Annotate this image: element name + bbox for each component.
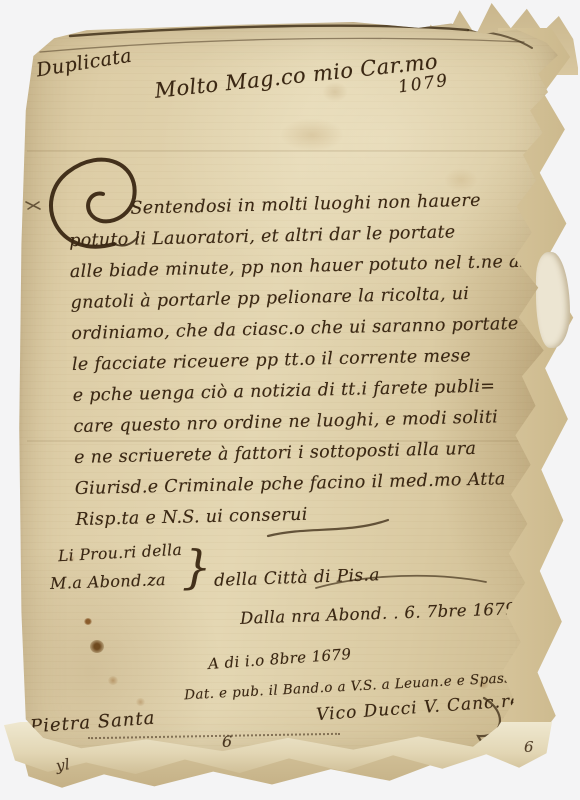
top-edge-line — [70, 26, 468, 36]
sender-city-line: della Città di Pis.a — [214, 565, 380, 591]
duplicate-annotation: Duplicata — [35, 45, 134, 82]
under-sheet-mark-right: 6 — [524, 738, 534, 756]
salutation-line: Molto Mag.co mio Car.mo — [154, 49, 439, 103]
manuscript-photo: 6 yl 6 — [0, 0, 580, 800]
place-date-line: Dalla nra Abond. . 6. 7bre 1679 — [240, 599, 517, 628]
signature-brace: } — [182, 540, 212, 594]
sender-office-line2: M.a Abond.za — [50, 570, 167, 593]
margin-mark — [26, 202, 40, 209]
under-sheet-numeral: 6 — [222, 732, 233, 751]
paper-stain — [136, 698, 145, 706]
paper-stain — [108, 676, 118, 685]
paper-stain — [322, 82, 348, 102]
manuscript-top-sheet: Duplicata Molto Mag.co mio Car.mo 1079 S… — [16, 22, 560, 760]
chancellor-signature: Vico Ducci V. Canc.re — [316, 691, 522, 725]
paper-stain — [280, 118, 344, 152]
under-sheet-mark-left: yl — [55, 755, 71, 775]
paper-crease — [27, 150, 549, 152]
addressee-place: Pietra Santa — [29, 708, 156, 738]
ink-spot — [84, 618, 92, 625]
sender-office-line1: Li Prou.ri della — [58, 541, 183, 565]
top-edge-line — [468, 30, 532, 48]
under-page-fragment — [536, 252, 570, 348]
registration-date-line: A di i.o 8bre 1679 — [208, 645, 352, 673]
ink-spot — [90, 640, 104, 653]
letter-body: Sentendosi in molti luoghi non hauere po… — [68, 185, 522, 536]
